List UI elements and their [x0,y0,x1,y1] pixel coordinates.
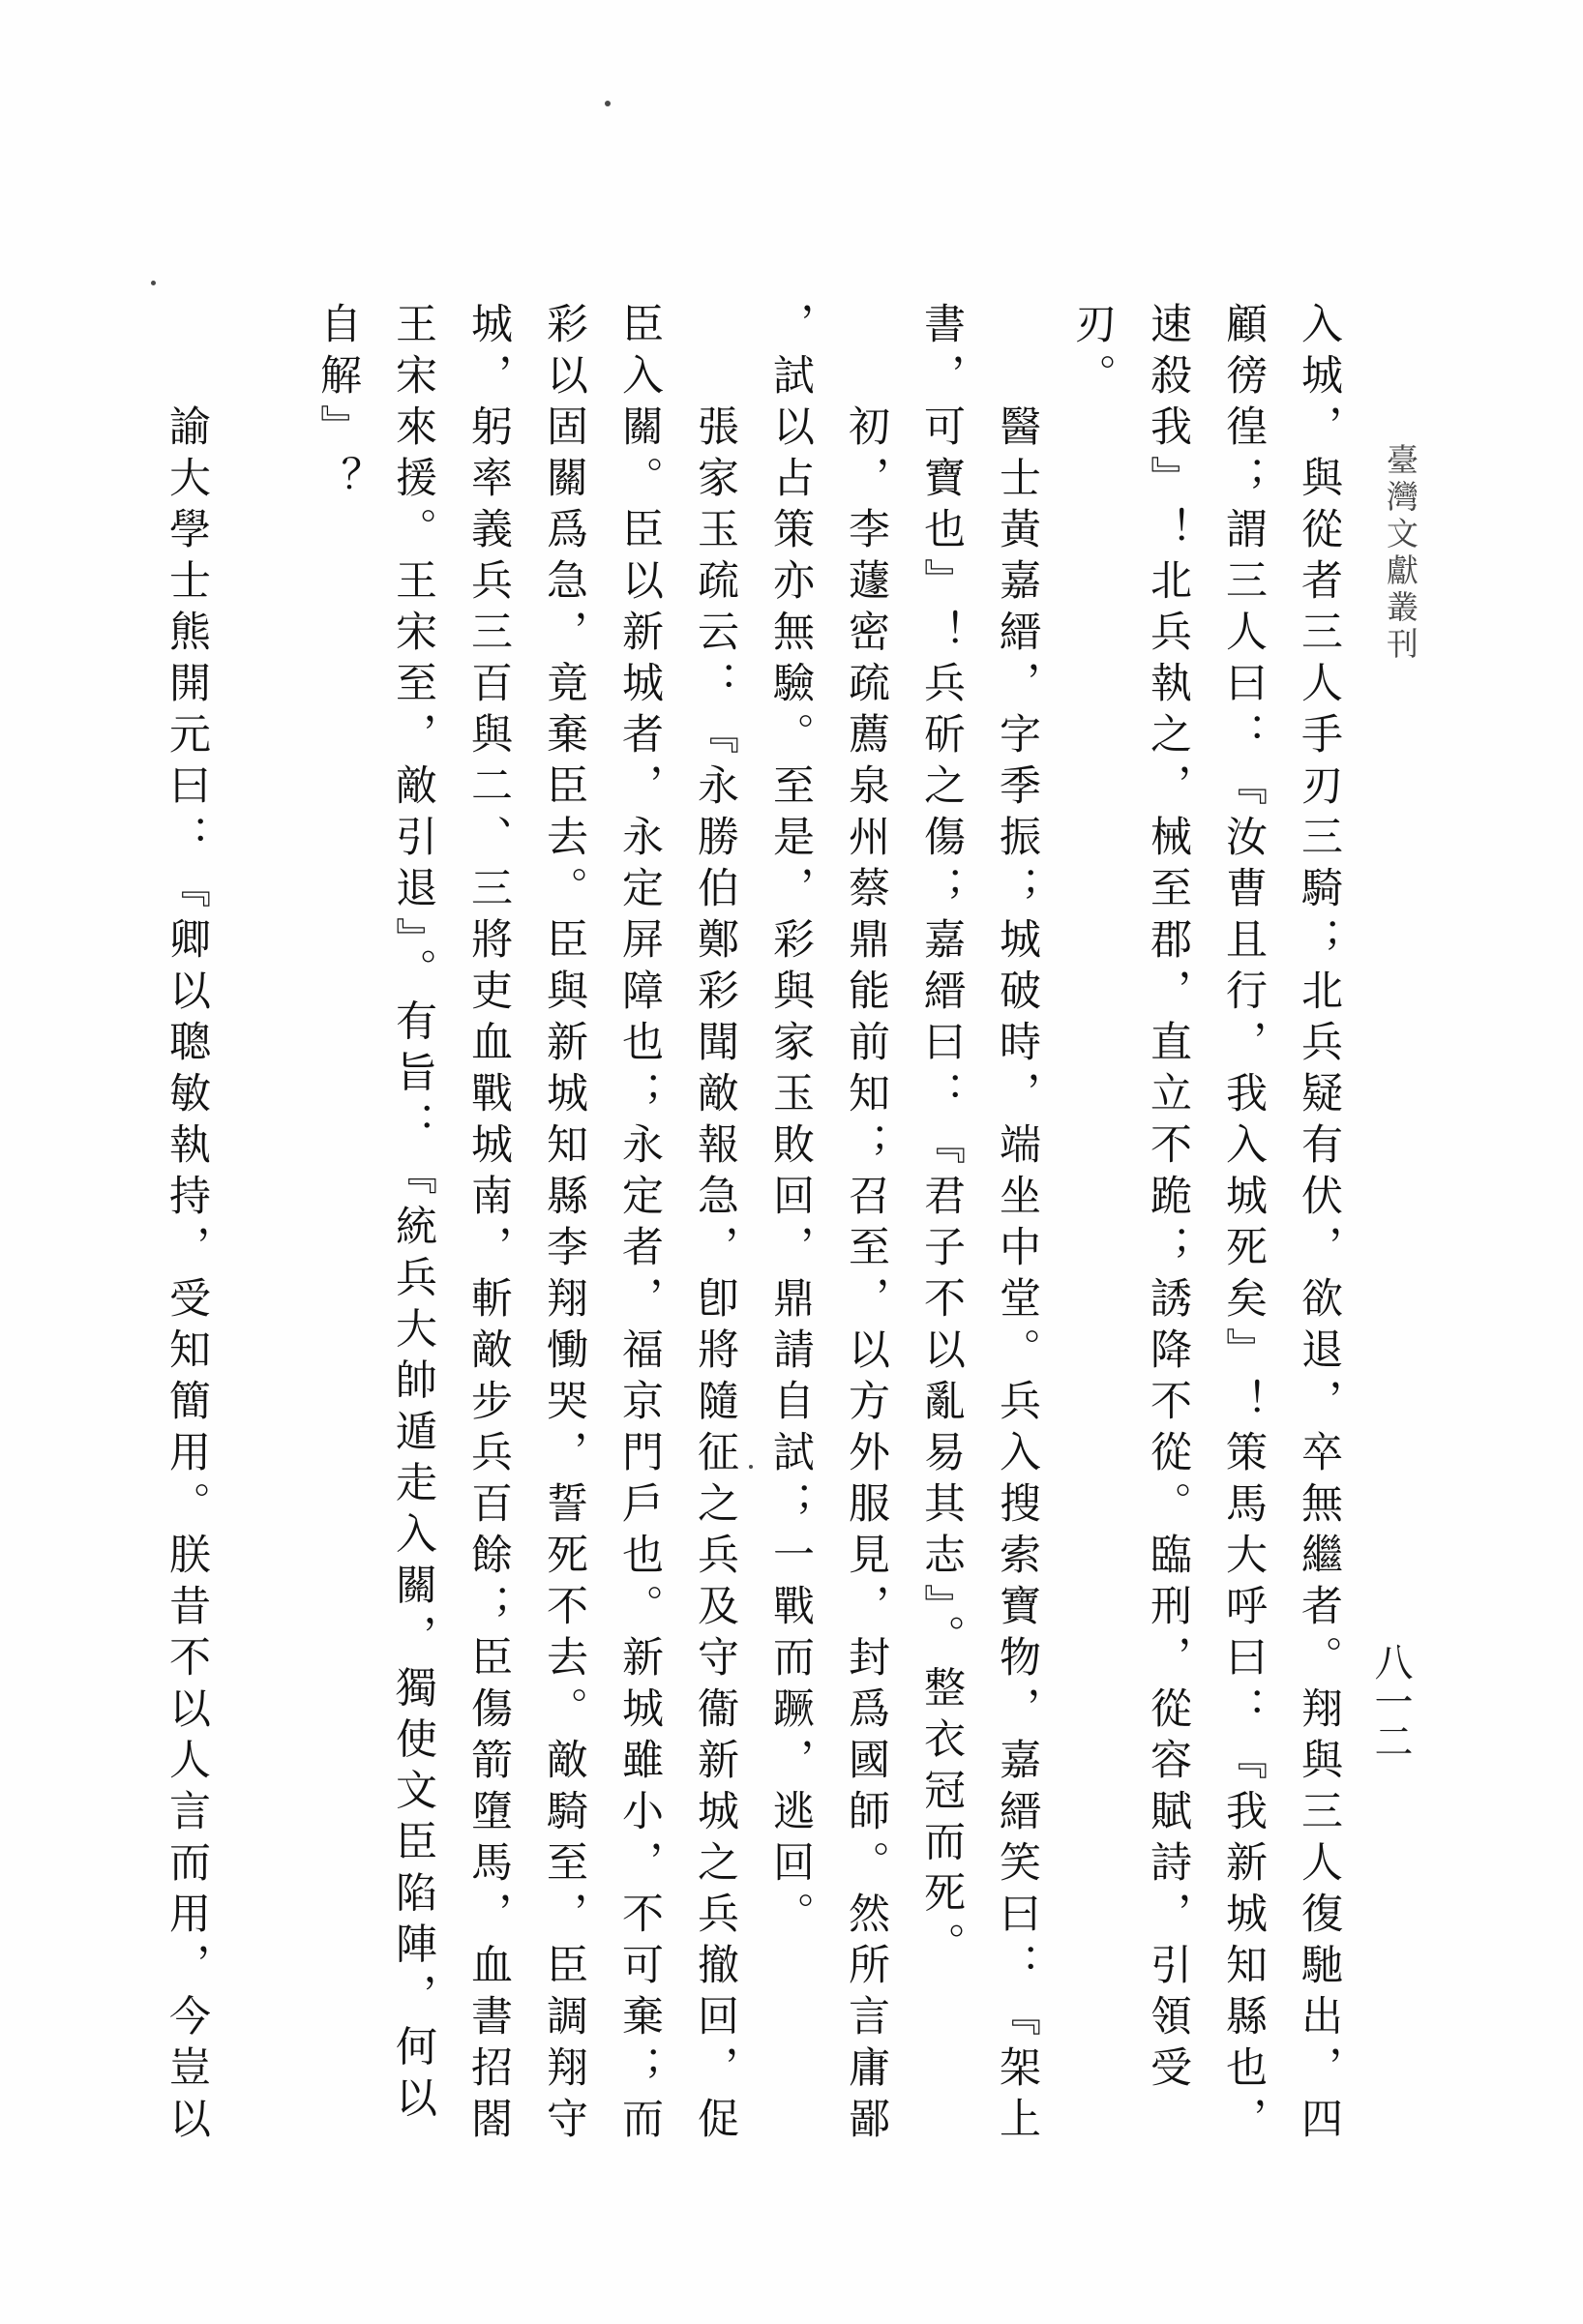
text-column: ，試以占策亦無驗。至是，彩與家玉敗回，鼎請自試；一戰而蹶，逃回。 [768,302,811,2213]
text-column: 臣入關。臣以新城者，永定屏障也；永定者，福京門戶也。新城雖小，不可棄；而 [617,302,660,2213]
series-title-vertical: 臺灣文獻叢刊 [1380,443,1419,664]
scan-speck [151,281,156,285]
text-block: 入城，與從者三人手刃三騎；北兵疑有伏，欲退，卒無繼者。翔與三人復馳出，四顧徬徨；… [132,302,1339,2213]
text-column: 彩以固關爲急，竟棄臣去。臣與新城知縣李翔慟哭，誓死不去。敵騎至，臣調翔守 [542,302,584,2213]
text-column: 醫士黃嘉縉，字季振；城破時，端坐中堂。兵入搜索寶物，嘉縉笑曰：『架上 [995,302,1037,2213]
text-column: 速殺我』！北兵執之，械至郡，直立不跪；誘降不從。臨刑，從容賦詩，引領受 [1146,302,1188,2213]
scan-speck [605,101,611,106]
column-spacer [240,302,283,2213]
text-column: 城，躬率義兵三百與二、三將吏血戰城南，斬敵步兵百餘；臣傷箭墮馬，血書招閤 [466,302,509,2213]
text-column: 入城，與從者三人手刃三騎；北兵疑有伏，欲退，卒無繼者。翔與三人復馳出，四 [1297,302,1339,2213]
text-column: 書，可寶也』！兵斫之傷；嘉縉曰：『君子不以亂易其志』。整衣冠而死。 [919,302,962,2213]
text-column: 顧徬徨；謂三人曰：『汝曹且行，我入城死矣』！策馬大呼曰：『我新城知縣也， [1221,302,1264,2213]
text-column: 自解』？ [315,302,358,2213]
scan-speck [749,1465,753,1469]
text-column: 刃。 [1070,302,1113,2213]
page-number: 八一二 [1368,1642,1413,1761]
text-column: 王宋來援。王宋至，敵引退』。有旨：『統兵大帥遁走入關，獨使文臣陷陣，何以 [391,302,433,2213]
text-column: 張家玉疏云：『永勝伯鄭彩聞敵報急，卽將隨征之兵及守衞新城之兵撤回，促 [693,302,735,2213]
text-column: 諭大學士熊開元曰：『卿以聰敏執持，受知簡用。朕昔不以人言而用，今豈以 [164,302,207,2213]
text-column: 初，李蘧密疏薦泉州蔡鼎能前知；召至，以方外服見，封爲國師。然所言庸鄙 [844,302,886,2213]
